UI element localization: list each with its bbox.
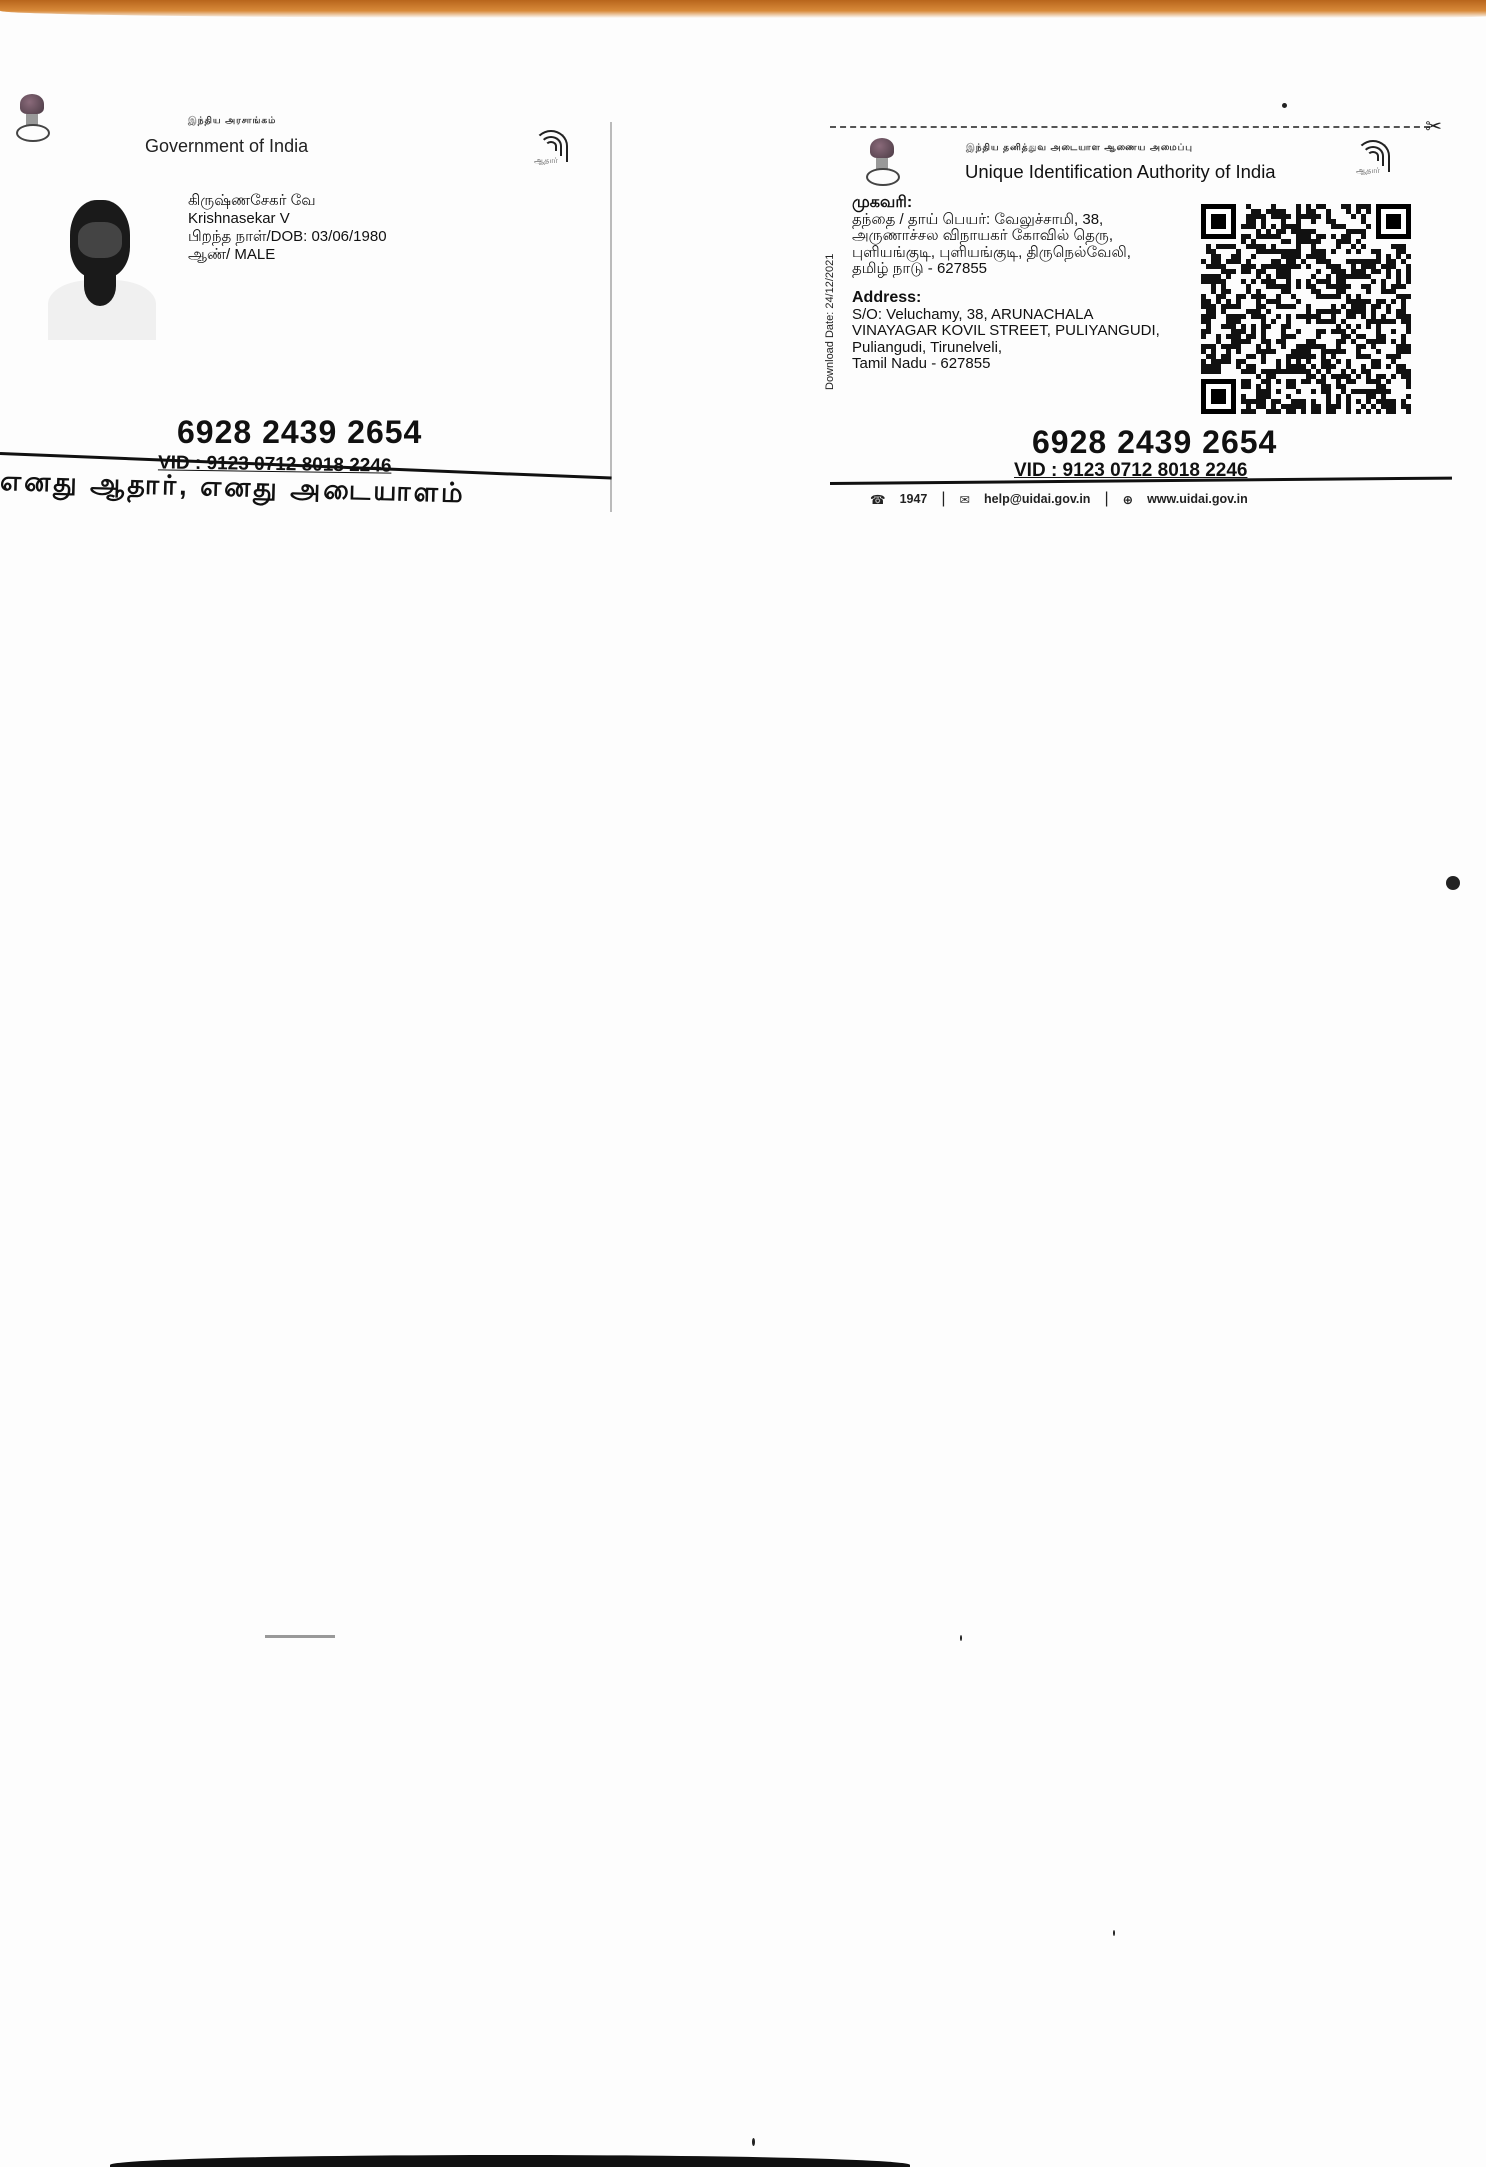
scan-speck [752, 2138, 755, 2146]
dob-label: பிறந்த நாள்/DOB: [188, 228, 307, 245]
scan-edge-shadow [110, 2155, 910, 2167]
scan-mark [265, 1635, 335, 1638]
dob-value: 03/06/1980 [311, 228, 386, 245]
address-line: Tamil Nadu - 627855 [852, 356, 1160, 373]
national-emblem-icon [12, 94, 52, 146]
scan-edge-shadow [0, 0, 1486, 18]
address-line: Puliangudi, Tirunelveli, [852, 340, 1160, 357]
email-icon: ✉ [960, 492, 970, 507]
globe-icon: ⊕ [1123, 492, 1133, 507]
separator: | [941, 490, 945, 508]
email: help@uidai.gov.in [984, 492, 1090, 506]
header-uidai: Unique Identification Authority of India [965, 161, 1276, 183]
address-english: Address: S/O: Veluchamy, 38, ARUNACHALA … [852, 290, 1160, 373]
national-emblem-icon [862, 138, 902, 190]
header-tamil: இந்திய அரசாங்கம் [188, 115, 276, 127]
address-tamil-line: தந்தை / தாய் பெயர்: வேலுச்சாமி, 38, [852, 212, 1131, 229]
holder-info: கிருஷ்ணசேகர் வே Krishnasekar V பிறந்த நா… [188, 192, 387, 264]
scan-speck [1446, 876, 1460, 890]
phone-number: 1947 [900, 492, 928, 506]
header-tamil: இந்திய தனித்துவ அடையாள ஆணைய அமைப்பு [966, 142, 1193, 154]
holder-photo [38, 200, 168, 340]
name-tamil: கிருஷ்ணசேகர் வே [188, 192, 387, 210]
address-line: VINAYAGAR KOVIL STREET, PULIYANGUDI, [852, 323, 1160, 340]
card-border [610, 122, 612, 512]
header-government-of-india: Government of India [145, 136, 308, 157]
aadhaar-logo-label: ஆதார் [1356, 166, 1380, 176]
separator: | [1104, 490, 1108, 508]
aadhaar-logo-icon: ஆதார் [1352, 140, 1392, 180]
aadhaar-card-back: ✂ இந்திய தனித்துவ அடையாள ஆணைய அமைப்பு Un… [830, 118, 1460, 518]
address-tamil-line: அருணாச்சல விநாயகர் கோவில் தெரு, [852, 228, 1131, 245]
name: Krishnasekar V [188, 210, 387, 228]
phone-icon: ☎ [870, 492, 886, 507]
address-label: Address: [852, 290, 1160, 307]
address-tamil-line: தமிழ் நாடு - 627855 [852, 261, 1131, 278]
scissors-icon: ✂ [1425, 114, 1442, 139]
gender: ஆண்/ MALE [188, 246, 387, 264]
aadhaar-number: 6928 2439 2654 [1032, 424, 1277, 461]
aadhaar-logo-label: ஆதார் [534, 156, 558, 166]
address-tamil-label: முகவரி: [852, 195, 1131, 212]
scan-speck [1113, 1930, 1115, 1936]
aadhaar-number: 6928 2439 2654 [177, 414, 422, 451]
address-line: S/O: Veluchamy, 38, ARUNACHALA [852, 307, 1160, 324]
address-tamil-line: புளியங்குடி, புளியங்குடி, திருநெல்வேலி, [852, 245, 1131, 262]
scan-speck [1282, 103, 1287, 108]
dob: பிறந்த நாள்/DOB: 03/06/1980 [188, 228, 387, 246]
aadhaar-logo-icon: ஆதார் [530, 130, 570, 170]
cut-line [830, 126, 1430, 128]
contact-footer: ☎ 1947 | ✉ help@uidai.gov.in | ⊕ www.uid… [870, 490, 1248, 508]
qr-code [1200, 204, 1412, 414]
website: www.uidai.gov.in [1147, 492, 1248, 506]
download-date: Download Date: 24/12/2021 [824, 254, 836, 390]
slogan: எனது ஆதார், எனது அடையாளம் [0, 466, 466, 513]
address-tamil: முகவரி: தந்தை / தாய் பெயர்: வேலுச்சாமி, … [852, 195, 1131, 278]
scan-speck [960, 1635, 962, 1641]
aadhaar-card-front: இந்திய அரசாங்கம் Government of India ஆதா… [0, 112, 612, 517]
